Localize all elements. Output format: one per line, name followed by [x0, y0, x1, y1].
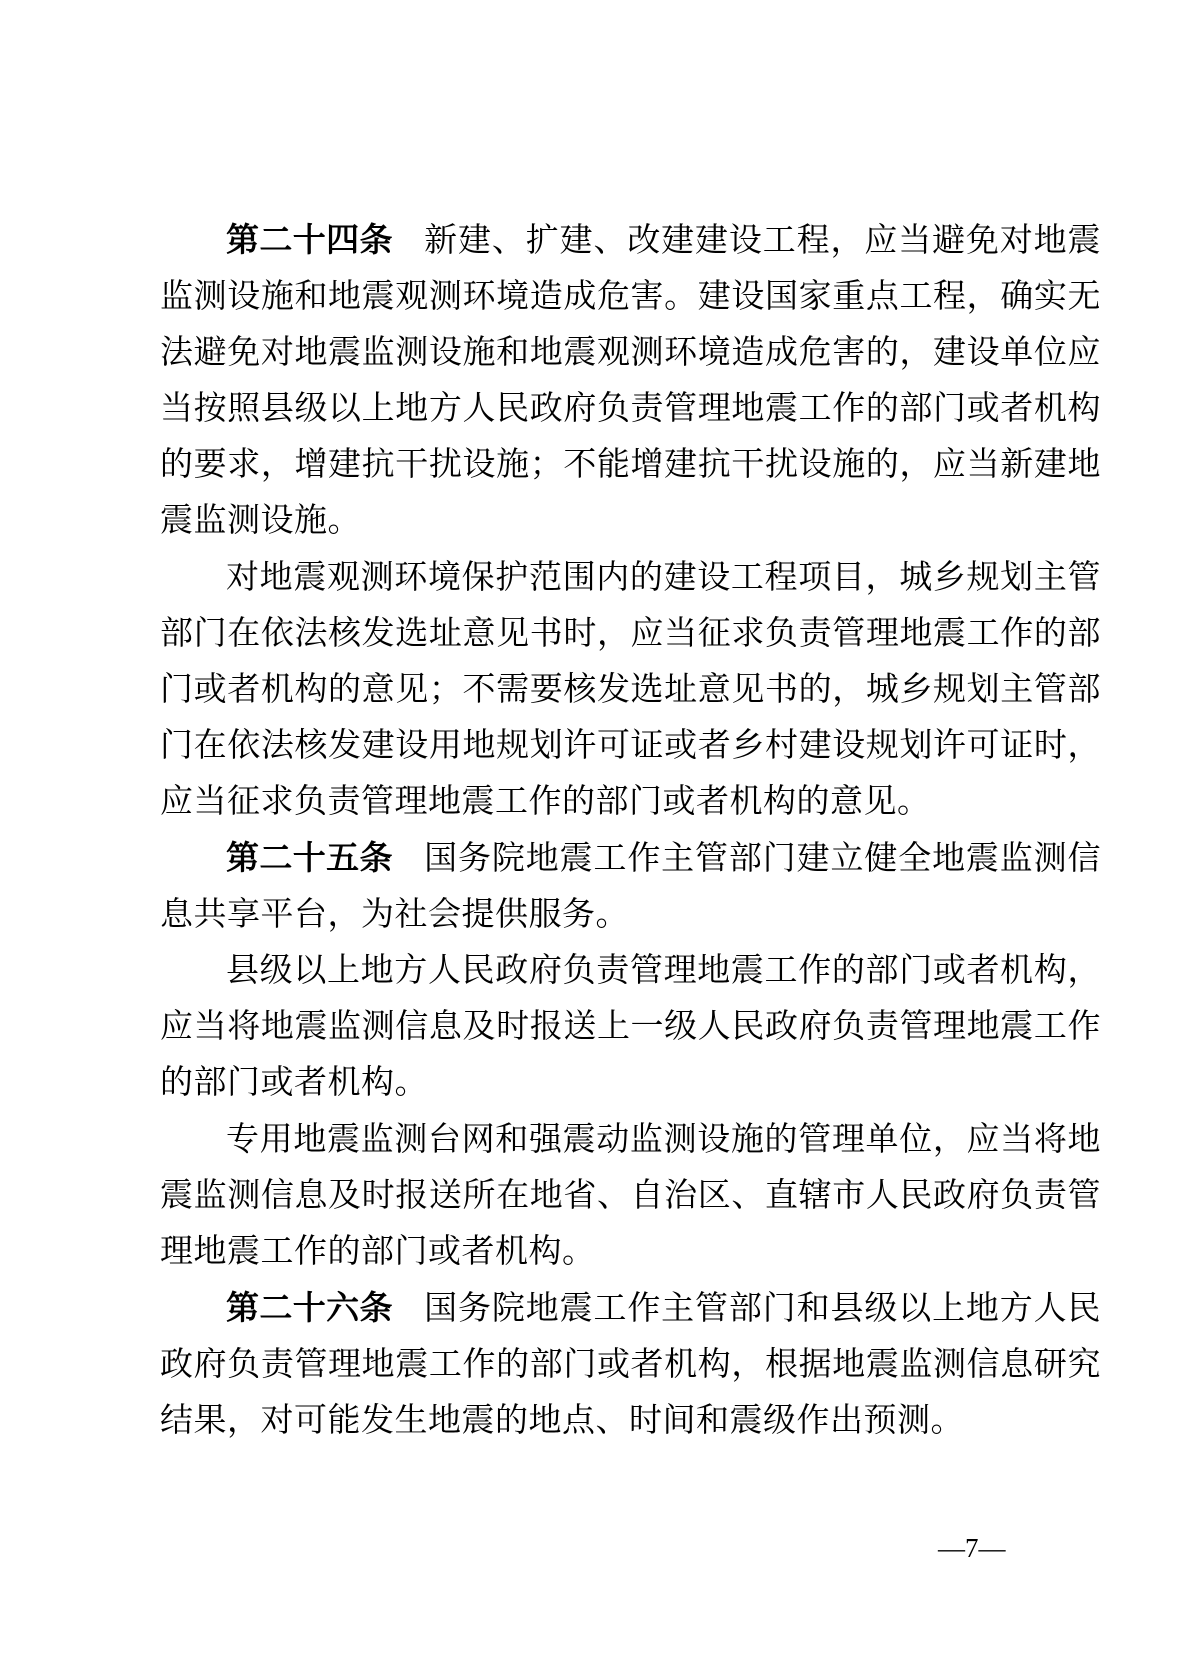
article-25-paragraph-2-text: 县级以上地方人民政府负责管理地震工作的部门或者机构，应当将地震监测信息及时报送上…: [160, 953, 1101, 1101]
article-24-paragraph-2-text: 对地震观测环境保护范围内的建设工程项目，城乡规划主管部门在依法核发选址意见书时，…: [160, 560, 1101, 820]
article-24-paragraph-2: 对地震观测环境保护范围内的建设工程项目，城乡规划主管部门在依法核发选址意见书时，…: [160, 550, 1101, 830]
article-26-number: 第二十六条: [226, 1289, 393, 1326]
article-24-number: 第二十四条: [226, 221, 393, 258]
article-26-paragraph-1: 第二十六条国务院地震工作主管部门和县级以上地方人民政府负责管理地震工作的部门或者…: [160, 1280, 1101, 1449]
document-page: 第二十四条新建、扩建、改建建设工程，应当避免对地震监测设施和地震观测环境造成危害…: [0, 0, 1185, 1678]
article-25-paragraph-3: 专用地震监测台网和强震动监测设施的管理单位，应当将地震监测信息及时报送所在地省、…: [160, 1112, 1101, 1280]
article-25-number: 第二十五条: [226, 839, 393, 876]
page-footer: —7—: [938, 1532, 1006, 1564]
article-25-paragraph-2: 县级以上地方人民政府负责管理地震工作的部门或者机构，应当将地震监测信息及时报送上…: [160, 943, 1101, 1111]
document-body: 第二十四条新建、扩建、改建建设工程，应当避免对地震监测设施和地震观测环境造成危害…: [160, 212, 1101, 1449]
article-24-paragraph-1: 第二十四条新建、扩建、改建建设工程，应当避免对地震监测设施和地震观测环境造成危害…: [160, 212, 1101, 550]
article-25-paragraph-1: 第二十五条国务院地震工作主管部门建立健全地震监测信息共享平台，为社会提供服务。: [160, 830, 1101, 943]
article-25-paragraph-3-text: 专用地震监测台网和强震动监测设施的管理单位，应当将地震监测信息及时报送所在地省、…: [160, 1122, 1101, 1270]
article-24-text: 新建、扩建、改建建设工程，应当避免对地震监测设施和地震观测环境造成危害。建设国家…: [160, 223, 1101, 539]
page-number: —7—: [938, 1533, 1006, 1563]
